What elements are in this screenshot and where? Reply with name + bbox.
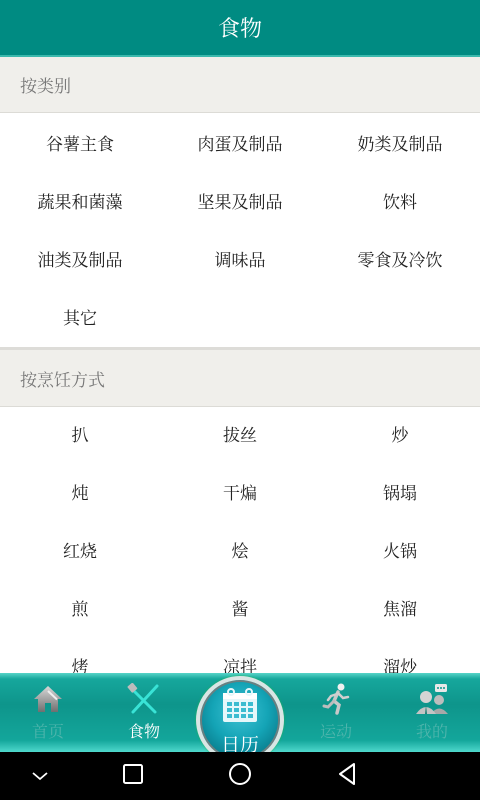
nav-food[interactable]: 食物	[96, 673, 192, 752]
fork-knife-icon	[126, 683, 162, 715]
circle-icon	[228, 762, 252, 790]
cooking-method-item[interactable]: 扒	[0, 404, 160, 462]
category-item[interactable]: 坚果及制品	[160, 171, 320, 229]
nav-home[interactable]: 首页	[0, 673, 96, 752]
cooking-method-item[interactable]: 煎	[0, 578, 160, 636]
category-item[interactable]: 零食及冷饮	[320, 229, 480, 287]
system-navigation-bar	[0, 752, 480, 800]
nav-exercise[interactable]: 运动	[288, 673, 384, 752]
cooking-method-item[interactable]: 火锅	[320, 520, 480, 578]
back-triangle-icon	[337, 762, 357, 790]
collapse-button[interactable]	[10, 752, 70, 800]
cooking-method-item[interactable]: 烩	[160, 520, 320, 578]
category-item[interactable]: 其它	[0, 287, 160, 345]
running-icon	[318, 683, 354, 715]
calendar-icon	[220, 688, 260, 728]
cooking-method-item[interactable]: 焦溜	[320, 578, 480, 636]
section-header-cooking-method: 按烹饪方式	[0, 347, 480, 407]
chevron-down-icon	[31, 767, 49, 786]
category-item[interactable]: 蔬果和菌藻	[0, 171, 160, 229]
app-bar: 食物	[0, 0, 480, 55]
category-item[interactable]: 饮料	[320, 171, 480, 229]
user-profile-icon	[414, 683, 450, 715]
home-icon	[30, 683, 66, 715]
nav-calendar-button[interactable]: 日历	[196, 676, 284, 764]
cooking-method-item[interactable]: 红烧	[0, 520, 160, 578]
cooking-method-item[interactable]: 干煸	[160, 462, 320, 520]
category-item[interactable]: 奶类及制品	[320, 113, 480, 171]
category-item[interactable]: 肉蛋及制品	[160, 113, 320, 171]
nav-profile[interactable]: 我的	[384, 673, 480, 752]
category-item[interactable]: 谷薯主食	[0, 113, 160, 171]
cooking-method-item[interactable]: 炖	[0, 462, 160, 520]
cooking-method-item[interactable]: 酱	[160, 578, 320, 636]
category-item[interactable]: 调味品	[160, 229, 320, 287]
cooking-method-item[interactable]: 拔丝	[160, 404, 320, 462]
square-icon	[122, 763, 144, 789]
back-button[interactable]	[317, 752, 377, 800]
section-header-category: 按类别	[0, 57, 480, 113]
page-title: 食物	[218, 12, 262, 43]
cooking-method-grid: 扒 拔丝 炒 炖 干煸 锅塌 红烧 烩 火锅 煎 酱 焦溜 烤 凉拌 溜炒	[0, 404, 480, 694]
category-grid: 谷薯主食 肉蛋及制品 奶类及制品 蔬果和菌藻 坚果及制品 饮料 油类及制品 调味…	[0, 113, 480, 345]
category-item[interactable]: 油类及制品	[0, 229, 160, 287]
cooking-method-item[interactable]: 炒	[320, 404, 480, 462]
section-title: 按烹饪方式	[20, 366, 105, 391]
section-title: 按类别	[20, 72, 71, 97]
home-system-button[interactable]	[210, 752, 270, 800]
recents-button[interactable]	[103, 752, 163, 800]
cooking-method-item[interactable]: 锅塌	[320, 462, 480, 520]
